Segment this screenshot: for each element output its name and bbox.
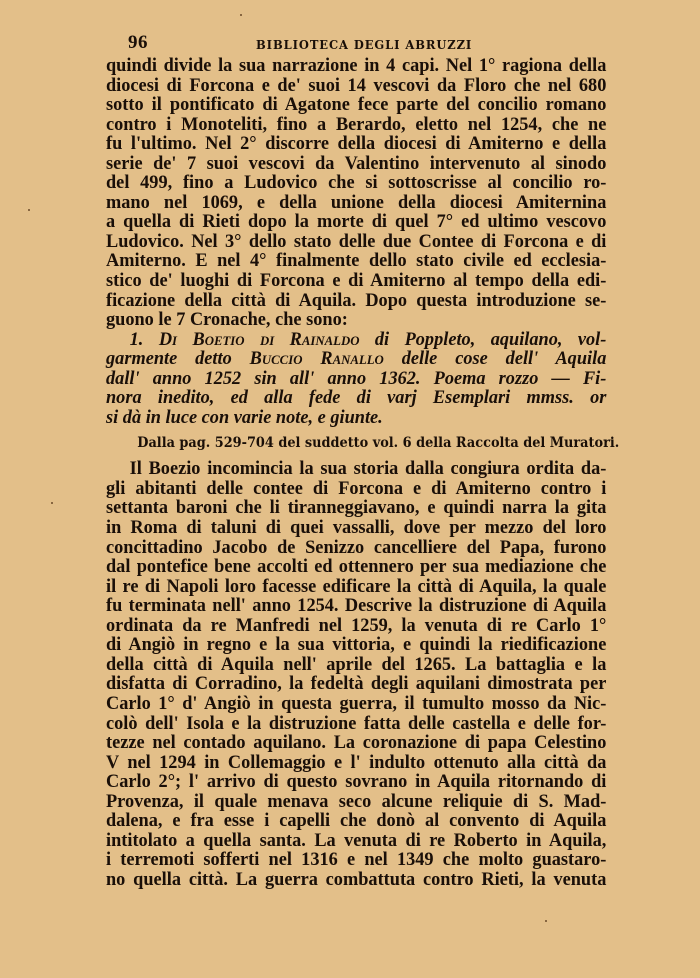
text-line: ordinata da re Manfredi nel 1259, la ven…	[106, 616, 606, 636]
entry-author-prefix: Di	[159, 329, 177, 350]
entry-title-line: 1. Di Boetio di Rainaldo di Poppleto, aq…	[106, 330, 606, 350]
entry-number: 1.	[130, 329, 144, 350]
text-line: diocesi di Forcona e de' suoi 14 vescovi…	[106, 76, 606, 96]
text-line: contro i Monoteliti, fino a Berardo, ele…	[106, 115, 606, 135]
text-line: tezze nel contado aquilano. La coronazio…	[106, 733, 606, 753]
paper-speck	[545, 920, 547, 922]
text-line: gli abitanti delle contee di Forcona e d…	[106, 479, 606, 499]
text-line: no quella città. La guerra combattuta co…	[106, 870, 606, 890]
paper-speck	[28, 209, 30, 211]
text-line: settanta baroni che li tiranneggiavano, …	[106, 498, 606, 518]
text-line: intitolato a quella santa. La venuta di …	[106, 831, 606, 851]
text-line: serie de' 7 suoi vescovi da Valentino in…	[106, 154, 606, 174]
text-line: dalena, e fra esse i capelli che donò al…	[106, 811, 606, 831]
running-title: BIBLIOTECA DEGLI ABRUZZI	[256, 37, 472, 52]
text-line: nora inedito, ed alla fede di varj Esemp…	[106, 388, 606, 408]
text-line: dal pontefice bene accolti ed ottennero …	[106, 557, 606, 577]
text-line: dall' anno 1252 sin all' anno 1362. Poem…	[106, 369, 606, 389]
text-line: stico de' luoghi di Forcona e di Amitern…	[106, 271, 606, 291]
text-line: sotto il pontificato di Agatone fece par…	[106, 95, 606, 115]
text-line: Provenza, il quale menava seco alcune re…	[106, 792, 606, 812]
text-line: Amiterno. E nel 4° finalmente dello stat…	[106, 251, 606, 271]
source-note: Dalla pag. 529-704 del suddetto vol. 6 d…	[106, 435, 573, 455]
text-line: del 499, fino a Ludovico che si sottoscr…	[106, 173, 606, 193]
text-line: i terremoti sofferti nel 1316 e nel 1349…	[106, 850, 606, 870]
text-line: concittadino Jacobo de Senizzo cancellie…	[106, 538, 606, 558]
text-line: Carlo 1° d' Angiò in questa guerra, il t…	[106, 694, 606, 714]
summary-paragraph: Il Boezio incomincia la sua storia dalla…	[106, 459, 614, 889]
text-line: Ludovico. Nel 3° dello stato delle due C…	[106, 232, 606, 252]
text-line: mano nel 1069, e della unione della dioc…	[106, 193, 606, 213]
text-line: V nel 1294 in Collemaggio e l' indulto o…	[106, 753, 606, 773]
entry-alias: Buccio Ranallo	[250, 348, 384, 369]
text-line: disfatta di Corradino, la fedeltà degli …	[106, 674, 606, 694]
text-line: fu l'ultimo. Nel 2° discorre della dioce…	[106, 134, 606, 154]
text-line: il re di Napoli loro facesse edificare l…	[106, 577, 606, 597]
entry-alias-rest: delle cose dell' Aquila	[402, 348, 607, 369]
text-line: in Roma di taluni di quei vassalli, dove…	[106, 518, 606, 538]
text-line: quindi divide la sua narrazione in 4 cap…	[106, 56, 606, 76]
entry-author-name: Boetio di Rainaldo	[192, 329, 359, 350]
text-line: si dà in luce con varie note, e giunte.	[106, 408, 606, 428]
text-line: Il Boezio incomincia la sua storia dalla…	[106, 459, 606, 479]
running-head: 96 BIBLIOTECA DEGLI ABRUZZI	[106, 28, 614, 56]
text-line: fu terminata nell' anno 1254. Descrive l…	[106, 596, 606, 616]
paper-speck	[240, 14, 242, 16]
entry-alias-line: garmente detto Buccio Ranallo delle cose…	[106, 349, 606, 369]
text-line: guono le 7 Cronache, che sono:	[106, 310, 606, 330]
text-line: colò dell' Isola e la distruzione fatta …	[106, 714, 606, 734]
chronicle-entry: 1. Di Boetio di Rainaldo di Poppleto, aq…	[106, 330, 614, 428]
paper-speck	[51, 502, 53, 504]
entry-alias-prefix: garmente detto	[106, 348, 232, 369]
text-line: della città di Aquila nell' aprile del 1…	[106, 655, 606, 675]
text-line: ficazione della città di Aquila. Dopo qu…	[106, 291, 606, 311]
intro-paragraph: quindi divide la sua narrazione in 4 cap…	[106, 56, 614, 330]
page-number: 96	[128, 32, 148, 54]
text-line: Carlo 2°; l' arrivo di questo sovrano in…	[106, 772, 606, 792]
entry-title-rest: di Poppleto, aquilano, vol-	[375, 329, 606, 350]
book-page: 96 BIBLIOTECA DEGLI ABRUZZI quindi divid…	[106, 28, 614, 889]
text-line: a quella di Rieti dopo la morte di quel …	[106, 212, 606, 232]
text-line: di Angiò in regno e la sua vittoria, e q…	[106, 635, 606, 655]
